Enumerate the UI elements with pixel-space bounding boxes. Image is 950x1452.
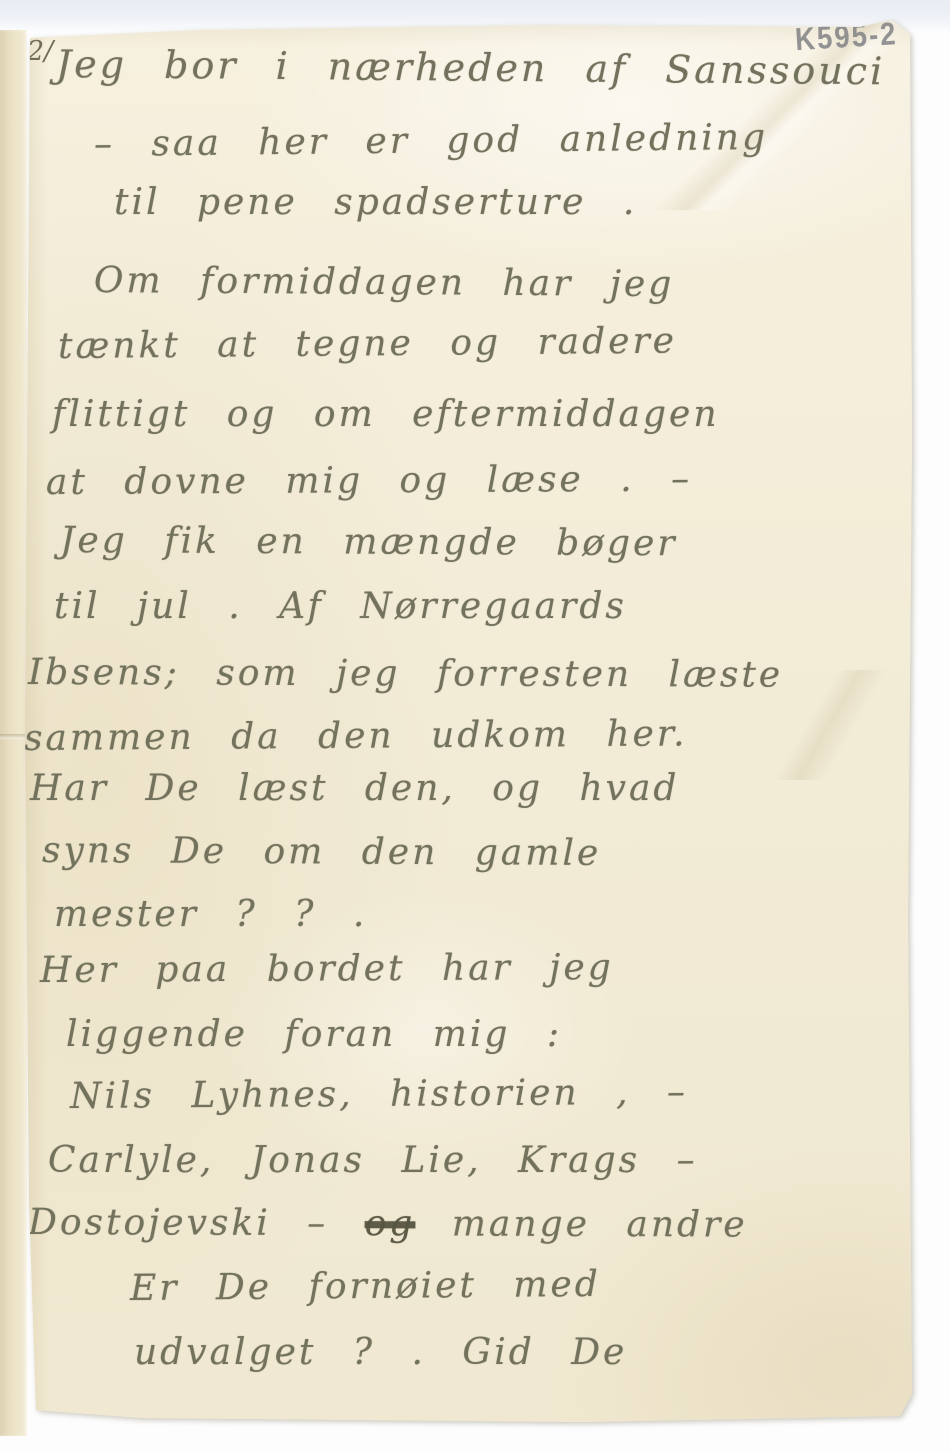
handwritten-line: liggende foran mig : — [66, 1014, 562, 1055]
letter-page: K595-2 2/ Jeg bor i nærheden af Sanssouc… — [22, 20, 914, 1424]
handwritten-line: til pene spadserture . — [114, 182, 637, 223]
handwritten-line: Har De læst den, og hvad — [30, 768, 679, 809]
handwritten-line: – saa her er god anledning — [94, 117, 768, 165]
handwritten-line: at dovne mig og læse . – — [46, 459, 692, 503]
page-number: 2/ — [27, 36, 53, 67]
handwritten-line: Er De fornøiet med — [130, 1264, 601, 1309]
handwritten-line: udvalget ? . Gid De — [134, 1332, 627, 1373]
line-segment: mange andre — [415, 1203, 747, 1245]
scanned-letter-photo: K595-2 2/ Jeg bor i nærheden af Sanssouc… — [0, 0, 950, 1452]
handwritten-line: Carlyle, Jonas Lie, Krags – — [48, 1140, 698, 1181]
handwritten-line-with-strikeout: Dostojevski – og mange andre — [28, 1202, 748, 1246]
handwritten-line: syns De om den gamle — [42, 830, 601, 874]
handwritten-line: Ibsens; som jeg forresten læste — [28, 652, 783, 696]
handwritten-line: Om formiddagen har jeg — [94, 260, 675, 305]
handwritten-line: til jul . Af Nørregaards — [54, 586, 627, 627]
corner-crease — [654, 0, 934, 210]
line-segment: Dostojevski – — [28, 1202, 365, 1244]
handwritten-line: Jeg fik en mængde bøger — [60, 520, 678, 564]
handwritten-line: Nils Lyhnes, historien , – — [70, 1072, 688, 1117]
handwritten-line: tænkt at tegne og radere — [58, 321, 677, 367]
handwritten-line: Her paa bordet har jeg — [40, 947, 614, 991]
handwritten-line: mester ? ? . — [54, 894, 367, 935]
handwritten-line: flittigt og om eftermiddagen — [52, 394, 720, 435]
handwritten-line: sammen da den udkom her. — [24, 713, 688, 759]
crossed-out-word: og — [365, 1203, 416, 1244]
handwritten-line: Jeg bor i nærheden af Sanssouci — [56, 42, 886, 93]
letter-page-wrapper: K595-2 2/ Jeg bor i nærheden af Sanssouc… — [22, 20, 914, 1424]
